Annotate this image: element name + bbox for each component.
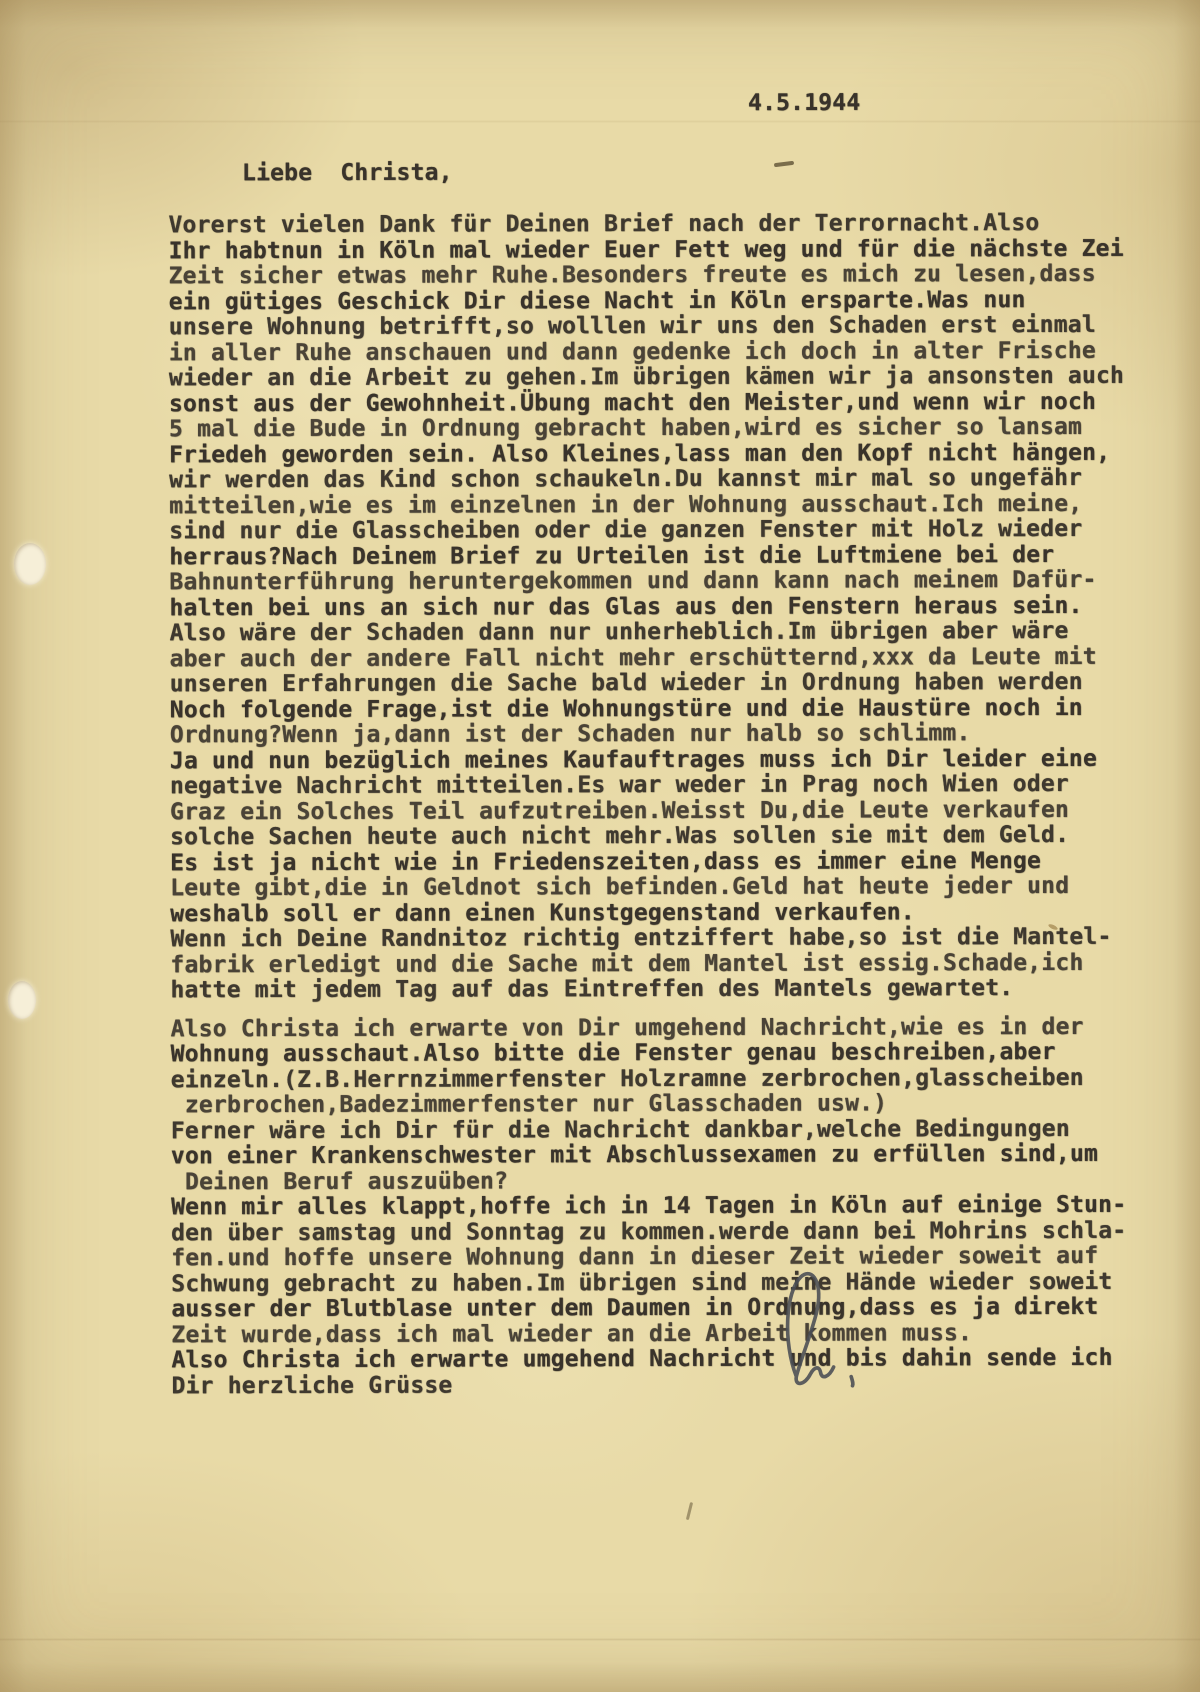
letter-line: Zeit sicher etwas mehr Ruhe.Besonders fr…: [169, 262, 1159, 290]
letter-line: Also wäre der Schaden dann nur unherhebl…: [170, 619, 1160, 647]
letter-line: fen.und hoffe unsere Wohnung dann in die…: [171, 1244, 1161, 1272]
letter-line: Also Christa ich erwarte von Dir umgehen…: [171, 1014, 1161, 1042]
letter-body: Vorerst vielen Dank für Deinen Brief nac…: [168, 211, 1161, 1400]
letter-line: wieder an die Arbeit zu gehen.Im übrigen…: [169, 364, 1159, 392]
punch-hole-top: [14, 543, 46, 585]
letter-line: sonst aus der Gewohnheit.Übung macht den…: [169, 389, 1159, 417]
paper-crease: [0, 120, 1200, 123]
letter-line: Ordnung?Wenn ja,dann ist der Schaden nur…: [170, 721, 1160, 749]
letter-line: unsere Wohnung betrifft,so wolllen wir u…: [169, 313, 1159, 341]
letter-line: Wenn mir alles klappt,hoffe ich in 14 Ta…: [171, 1193, 1161, 1221]
letter-line: ein gütiges Geschick Dir diese Nacht in …: [169, 287, 1159, 315]
letter-line: weshalb soll er dann einen Kunstgegensta…: [170, 899, 1160, 927]
letter-line: ausser der Blutblase unter dem Daumen in…: [171, 1295, 1161, 1323]
letter-page: 4.5.1944 Liebe Christa, Vorerst vielen D…: [0, 0, 1200, 1692]
letter-line: Wohnung ausschaut.Also bitte die Fenster…: [171, 1040, 1161, 1068]
letter-line: halten bei uns an sich nur das Glas aus …: [169, 593, 1159, 621]
letter-line: Schwung gebracht zu haben.Im übrigen sin…: [171, 1269, 1161, 1297]
letter-line: Also Christa ich erwarte umgehend Nachri…: [171, 1346, 1161, 1374]
letter-line: Zeit wurde,dass ich mal wieder an die Ar…: [171, 1320, 1161, 1348]
letter-line: Noch folgende Frage,ist die Wohnungstüre…: [170, 695, 1160, 723]
letter-line: solche Sachen heute auch nicht mehr.Was …: [170, 823, 1160, 851]
ink-smudge: [774, 161, 794, 167]
letter-line: Friedeh geworden sein. Also Kleines,lass…: [169, 440, 1159, 468]
letter-line: herraus?Nach Deinem Brief zu Urteilen is…: [169, 542, 1159, 570]
ink-smudge: [686, 1502, 693, 1520]
letter-line: Ja und nun bezüglich meines Kaufauftrage…: [170, 746, 1160, 774]
letter-line: Vorerst vielen Dank für Deinen Brief nac…: [168, 211, 1158, 239]
paper-crease: [0, 1638, 1200, 1641]
letter-line: einzeln.(Z.B.Herrnzimmerfenster Holzramn…: [171, 1065, 1161, 1093]
letter-line: Ferner wäre ich Dir für die Nachricht da…: [171, 1116, 1161, 1144]
letter-line: sind nur die Glasscheiben oder die ganze…: [169, 517, 1159, 545]
letter-line: unseren Erfahrungen die Sache bald wiede…: [170, 670, 1160, 698]
letter-line: in aller Ruhe anschauen und dann gedenke…: [169, 338, 1159, 366]
letter-line: aber auch der andere Fall nicht mehr ers…: [170, 644, 1160, 672]
punch-hole-bottom: [8, 981, 36, 1019]
letter-line: Deinen Beruf auszuüben?: [171, 1167, 1161, 1195]
letter-line: Graz ein Solches Teil aufzutreiben.Weiss…: [170, 797, 1160, 825]
letter-line: wir werden das Kind schon schaukeln.Du k…: [169, 466, 1159, 494]
letter-line: Ihr habtnun in Köln mal wieder Euer Fett…: [169, 236, 1159, 264]
letter-line: fabrik erledigt und die Sache mit dem Ma…: [170, 950, 1160, 978]
letter-line: hatte mit jedem Tag auf das Eintreffen d…: [170, 976, 1160, 1004]
letter-line: negative Nachricht mitteilen.Es war wede…: [170, 772, 1160, 800]
letter-line: 5 mal die Bude in Ordnung gebracht haben…: [169, 415, 1159, 443]
letter-line: Dir herzliche Grüsse: [171, 1371, 1161, 1399]
letter-line: den über samstag und Sonntag zu kommen.w…: [171, 1218, 1161, 1246]
letter-line: zerbrochen,Badezimmerfenster nur Glassch…: [171, 1091, 1161, 1119]
letter-line: Bahnunterführung heruntergekommen und da…: [169, 568, 1159, 596]
letter-line: Wenn ich Deine Randnitoz richtig entziff…: [170, 925, 1160, 953]
signature-handwritten-rv: [750, 1260, 887, 1397]
letter-line: mitteilen,wie es im einzelnen in der Woh…: [169, 491, 1159, 519]
letter-line: Leute gibt,die in Geldnot sich befinden.…: [170, 874, 1160, 902]
letter-line: von einer Krankenschwester mit Abschluss…: [171, 1142, 1161, 1170]
letter-line: Es ist ja nicht wie in Friedenszeiten,da…: [170, 848, 1160, 876]
salutation: Liebe Christa,: [242, 160, 453, 187]
letter-date: 4.5.1944: [748, 90, 860, 116]
